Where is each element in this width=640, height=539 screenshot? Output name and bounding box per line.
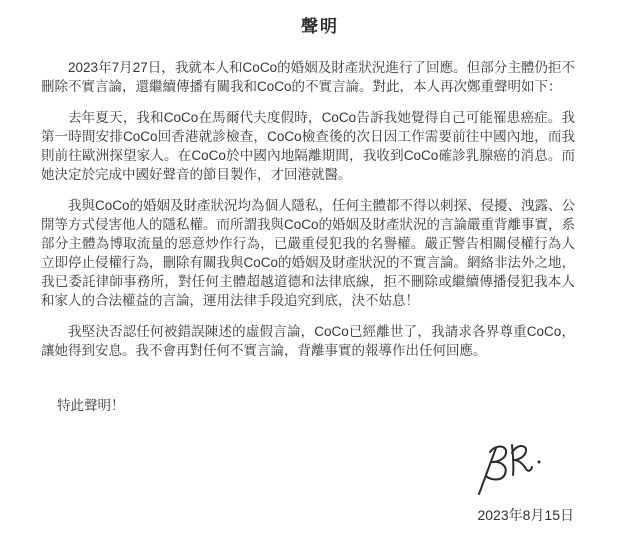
statement-document: 聲明 2023年7月27日，我就本人和CoCo的婚姻及財產狀況進行了回應。但部分… [0,0,640,539]
statement-date: 2023年8月15日 [477,505,574,525]
paragraph-response: 2023年7月27日，我就本人和CoCo的婚姻及財產狀況進行了回應。但部分主體仍… [41,58,575,96]
signature-handwriting [476,441,548,501]
document-title: 聲明 [0,0,640,37]
paragraph-final-denial: 我堅決否認任何被錯誤陳述的虛假言論，CoCo已經離世了，我請求各界尊重CoCo，… [41,322,575,360]
closing-statement: 特此聲明！ [57,394,125,414]
signature-icon [476,441,548,501]
paragraph-illness-timeline: 去年夏天，我和CoCo在馬爾代夫度假時，CoCo告訴我她覺得自己可能罹患癌症。我… [41,108,575,184]
paragraph-privacy-warning: 我與CoCo的婚姻及財產狀況均為個人隱私，任何主體都不得以刺探、侵擾、洩露、公開… [41,196,575,310]
document-body: 2023年7月27日，我就本人和CoCo的婚姻及財產狀況進行了回應。但部分主體仍… [41,58,575,372]
